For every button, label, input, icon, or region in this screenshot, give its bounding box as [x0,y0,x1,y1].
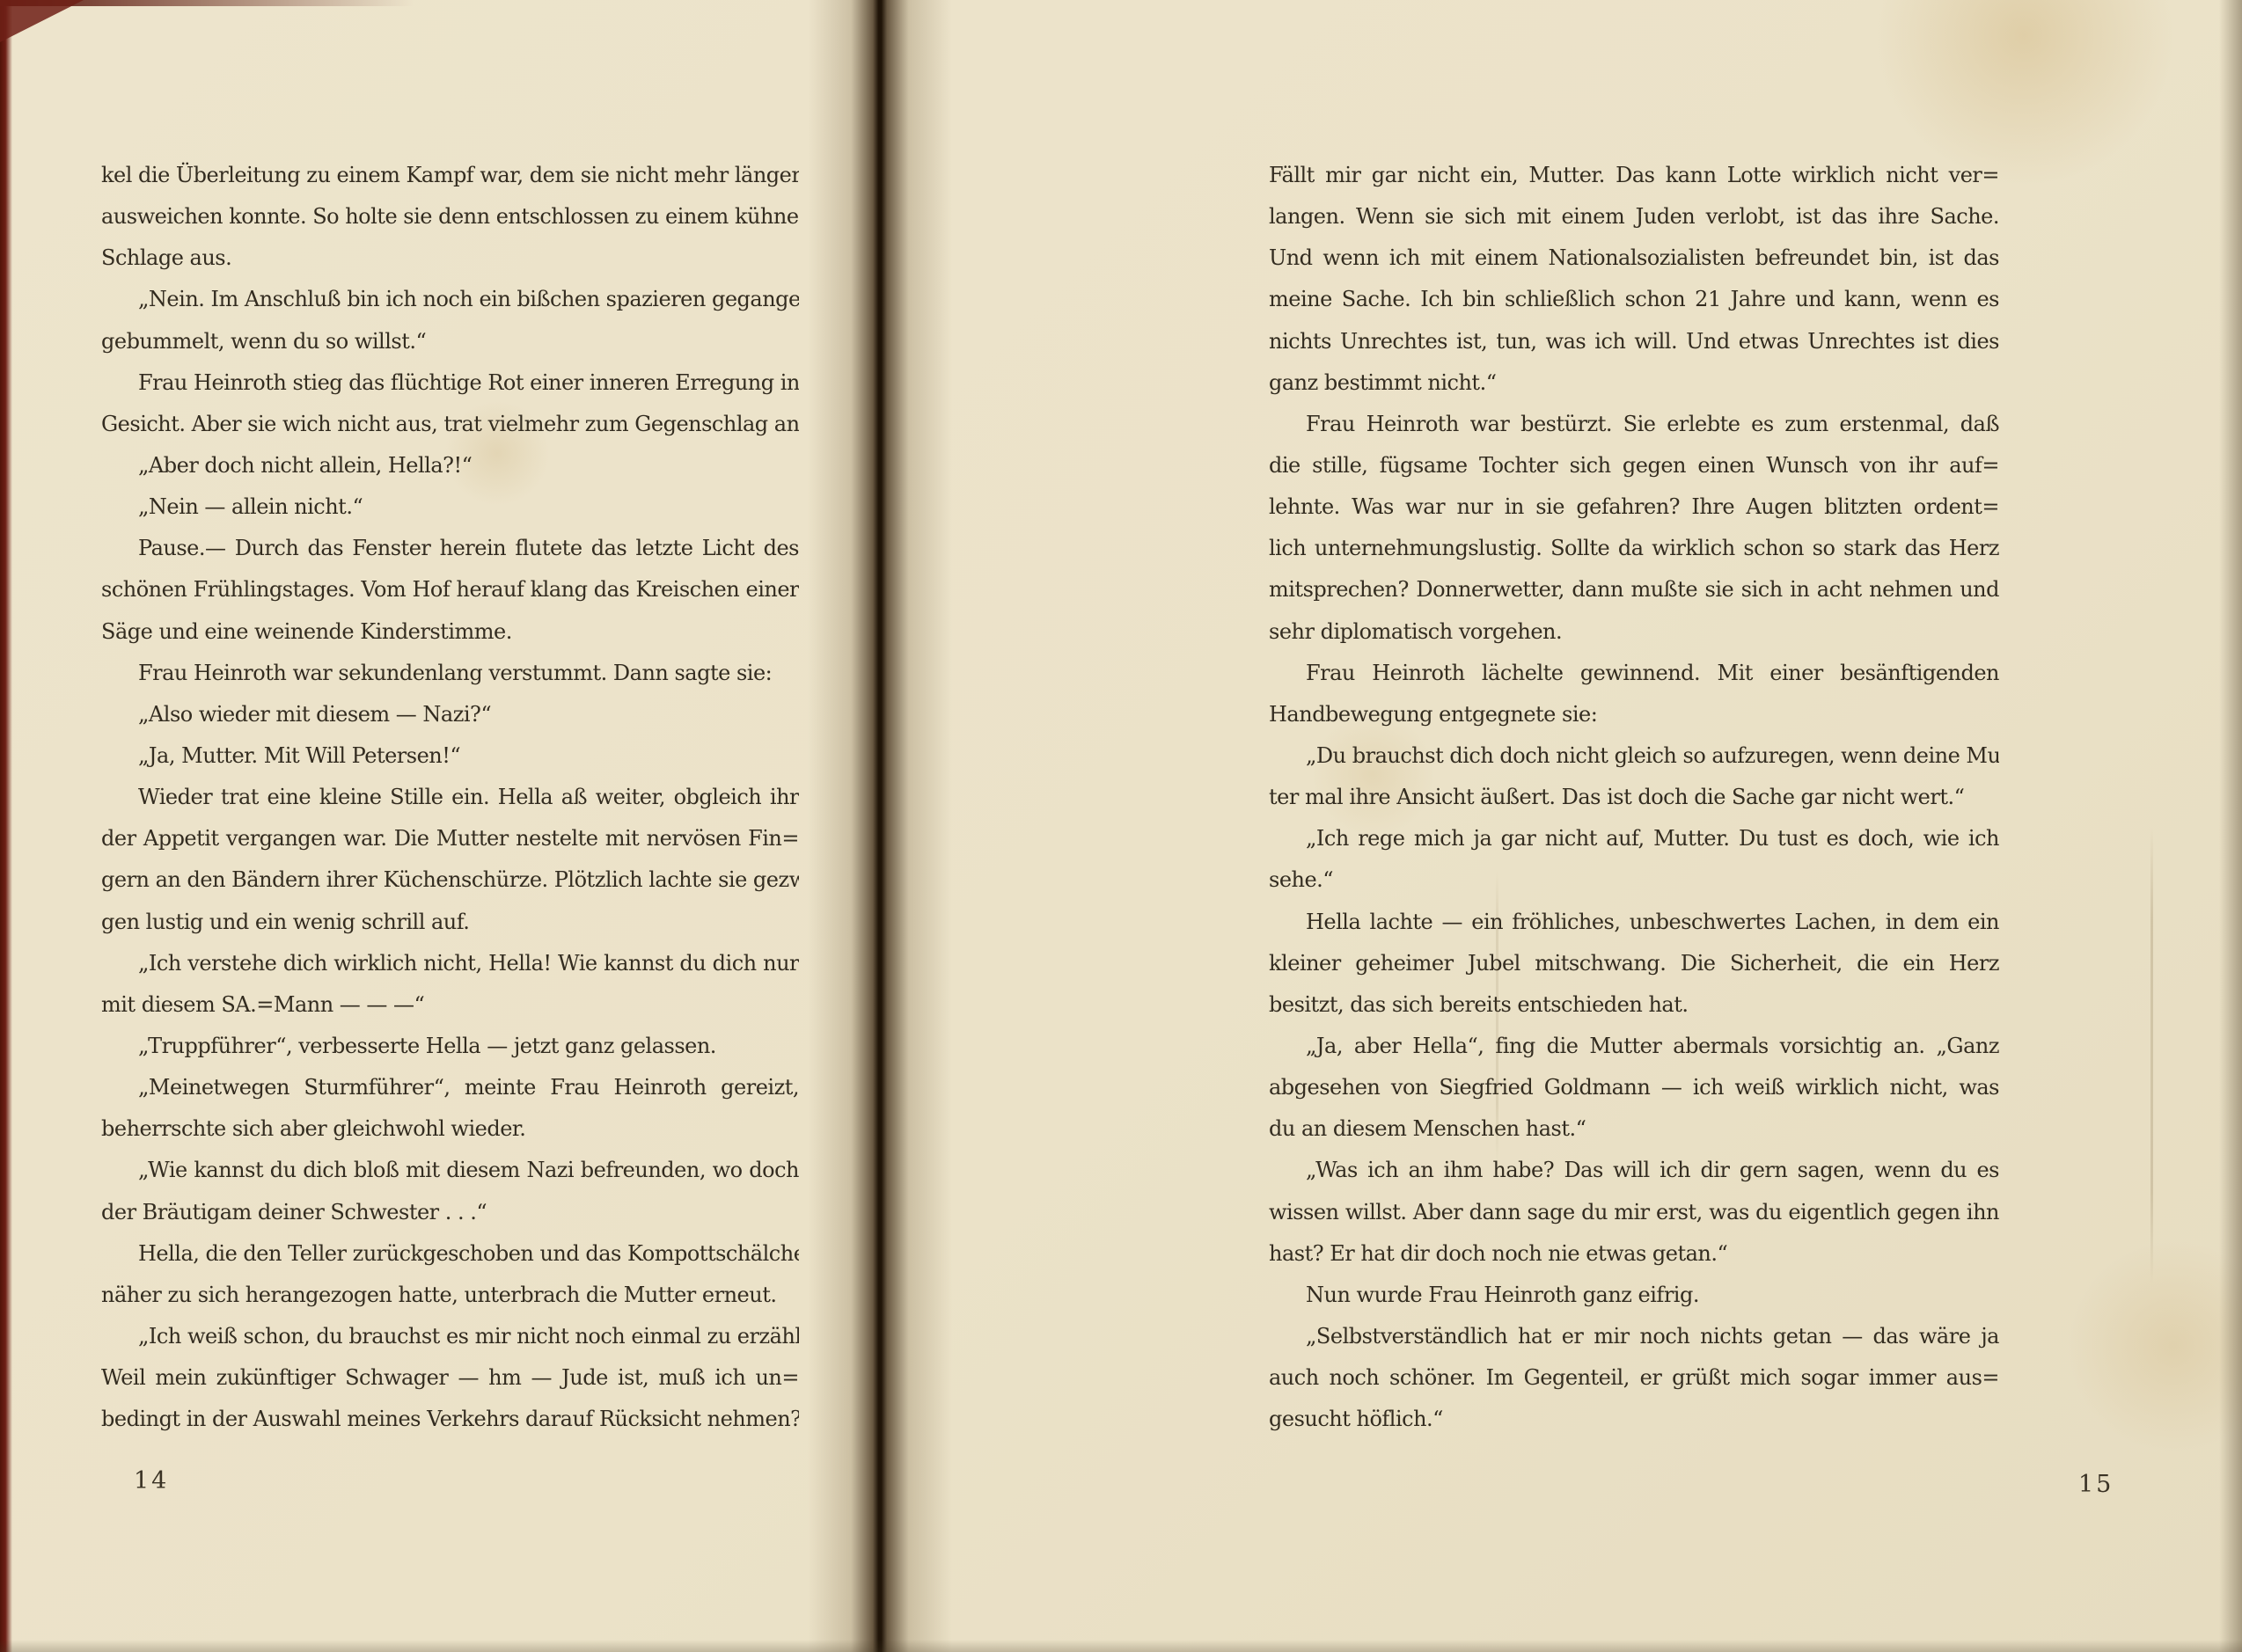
text-line: sehr diplomatisch vorgehen. [1269,611,1999,653]
page-number-right: 15 [2078,1471,2114,1498]
text-line: Und wenn ich mit einem Nationalsozialist… [1269,238,1999,279]
page-left-text: kel die Überleitung zu einem Kampf war, … [101,155,799,1440]
text-line: Gesicht. Aber sie wich nicht aus, trat v… [101,404,799,445]
text-line: Frau Heinroth war sekundenlang verstummt… [101,653,799,694]
text-line: „Meinetwegen Sturmführer“, meinte Frau H… [101,1067,799,1108]
text-line: „Ich rege mich ja gar nicht auf, Mutter.… [1269,818,1999,859]
text-line: Hella, die den Teller zurückgeschoben un… [101,1233,799,1275]
book-cover-edge-left [0,0,12,1652]
text-line: „Selbstverständlich hat er mir noch nich… [1269,1316,1999,1357]
text-line: hast? Er hat dir doch noch nie etwas get… [1269,1233,1999,1275]
text-line: Handbewegung entgegnete sie: [1269,694,1999,735]
text-line: gebummelt, wenn du so willst.“ [101,321,799,362]
text-line: sehe.“ [1269,859,1999,901]
text-line: Weil mein zukünftiger Schwager — hm — Ju… [101,1357,799,1399]
text-line: die stille, fügsame Tochter sich gegen e… [1269,445,1999,486]
text-line: „Aber doch nicht allein, Hella?!“ [101,445,799,486]
text-line: abgesehen von Siegfried Goldmann — ich w… [1269,1067,1999,1108]
text-line: Nun wurde Frau Heinroth ganz eifrig. [1269,1275,1999,1316]
text-line: auch noch schöner. Im Gegenteil, er grüß… [1269,1357,1999,1399]
text-line: kleiner geheimer Jubel mitschwang. Die S… [1269,943,1999,984]
text-line: „Ja, aber Hella“, fing die Mutter aberma… [1269,1026,1999,1067]
text-line: Säge und eine weinende Kinderstimme. [101,611,799,653]
text-line: Schlage aus. [101,238,799,279]
text-line: Pause.— Durch das Fenster herein flutete… [101,528,799,569]
text-line: Frau Heinroth war bestürzt. Sie erlebte … [1269,404,1999,445]
text-line: bedingt in der Auswahl meines Verkehrs d… [101,1399,799,1440]
text-line: „Also wieder mit diesem — Nazi?“ [101,694,799,735]
text-line: lich unternehmungslustig. Sollte da wirk… [1269,528,1999,569]
text-line: du an diesem Menschen hast.“ [1269,1108,1999,1150]
text-line: langen. Wenn sie sich mit einem Juden ve… [1269,196,1999,238]
text-line: näher zu sich herangezogen hatte, unterb… [101,1275,799,1316]
text-line: meine Sache. Ich bin schließlich schon 2… [1269,279,1999,320]
text-line: Fällt mir gar nicht ein, Mutter. Das kan… [1269,155,1999,196]
book-gutter-shadow [808,0,952,1652]
text-line: Frau Heinroth stieg das flüchtige Rot ei… [101,362,799,404]
text-line: beherrschte sich aber gleichwohl wieder. [101,1108,799,1150]
text-line: „Truppführer“, verbesserte Hella — jetzt… [101,1026,799,1067]
text-line: „Nein. Im Anschluß bin ich noch ein bißc… [101,279,799,320]
paper-crease [2150,827,2153,1284]
text-line: „Ich weiß schon, du brauchst es mir nich… [101,1316,799,1357]
text-line: gern an den Bändern ihrer Küchenschürze.… [101,859,799,901]
text-line: lehnte. Was war nur in sie gefahren? Ihr… [1269,486,1999,528]
page-number-left: 14 [134,1467,169,1495]
paper-crease [1496,871,1498,1161]
text-line: „Was ich an ihm habe? Das will ich dir g… [1269,1150,1999,1191]
text-line: „Nein — allein nicht.“ [101,486,799,528]
text-line: Frau Heinroth lächelte gewinnend. Mit ei… [1269,653,1999,694]
text-line: gesucht höflich.“ [1269,1399,1999,1440]
text-line: „Du brauchst dich doch nicht gleich so a… [1269,735,1999,777]
book-cover-corner-top-left [0,0,84,42]
text-line: wissen willst. Aber dann sage du mir ers… [1269,1192,1999,1233]
text-line: mit diesem SA.=Mann — — —“ [101,984,799,1026]
text-line: gen lustig und ein wenig schrill auf. [101,902,799,943]
text-line: Hella lachte — ein fröhliches, unbeschwe… [1269,902,1999,943]
text-line: Wieder trat eine kleine Stille ein. Hell… [101,777,799,818]
text-line: „Ich verstehe dich wirklich nicht, Hella… [101,943,799,984]
text-line: nichts Unrechtes ist, tun, was ich will.… [1269,321,1999,362]
text-line: schönen Frühlingstages. Vom Hof herauf k… [101,569,799,610]
text-line: ausweichen konnte. So holte sie denn ent… [101,196,799,238]
page-edge-shadow-right [2219,0,2242,1652]
page-edge-shadow-bottom [0,1640,2242,1652]
book-scan: kel die Überleitung zu einem Kampf war, … [0,0,2242,1652]
text-line: ganz bestimmt nicht.“ [1269,362,1999,404]
text-line: „Wie kannst du dich bloß mit diesem Nazi… [101,1150,799,1191]
page-right-text: Fällt mir gar nicht ein, Mutter. Das kan… [1269,155,1999,1440]
text-line: „Ja, Mutter. Mit Will Petersen!“ [101,735,799,777]
text-line: mitsprechen? Donnerwetter, dann mußte si… [1269,569,1999,610]
text-line: besitzt, das sich bereits entschieden ha… [1269,984,1999,1026]
text-line: der Bräutigam deiner Schwester . . .“ [101,1192,799,1233]
text-line: der Appetit vergangen war. Die Mutter ne… [101,818,799,859]
text-line: kel die Überleitung zu einem Kampf war, … [101,155,799,196]
text-line: ter mal ihre Ansicht äußert. Das ist doc… [1269,777,1999,818]
